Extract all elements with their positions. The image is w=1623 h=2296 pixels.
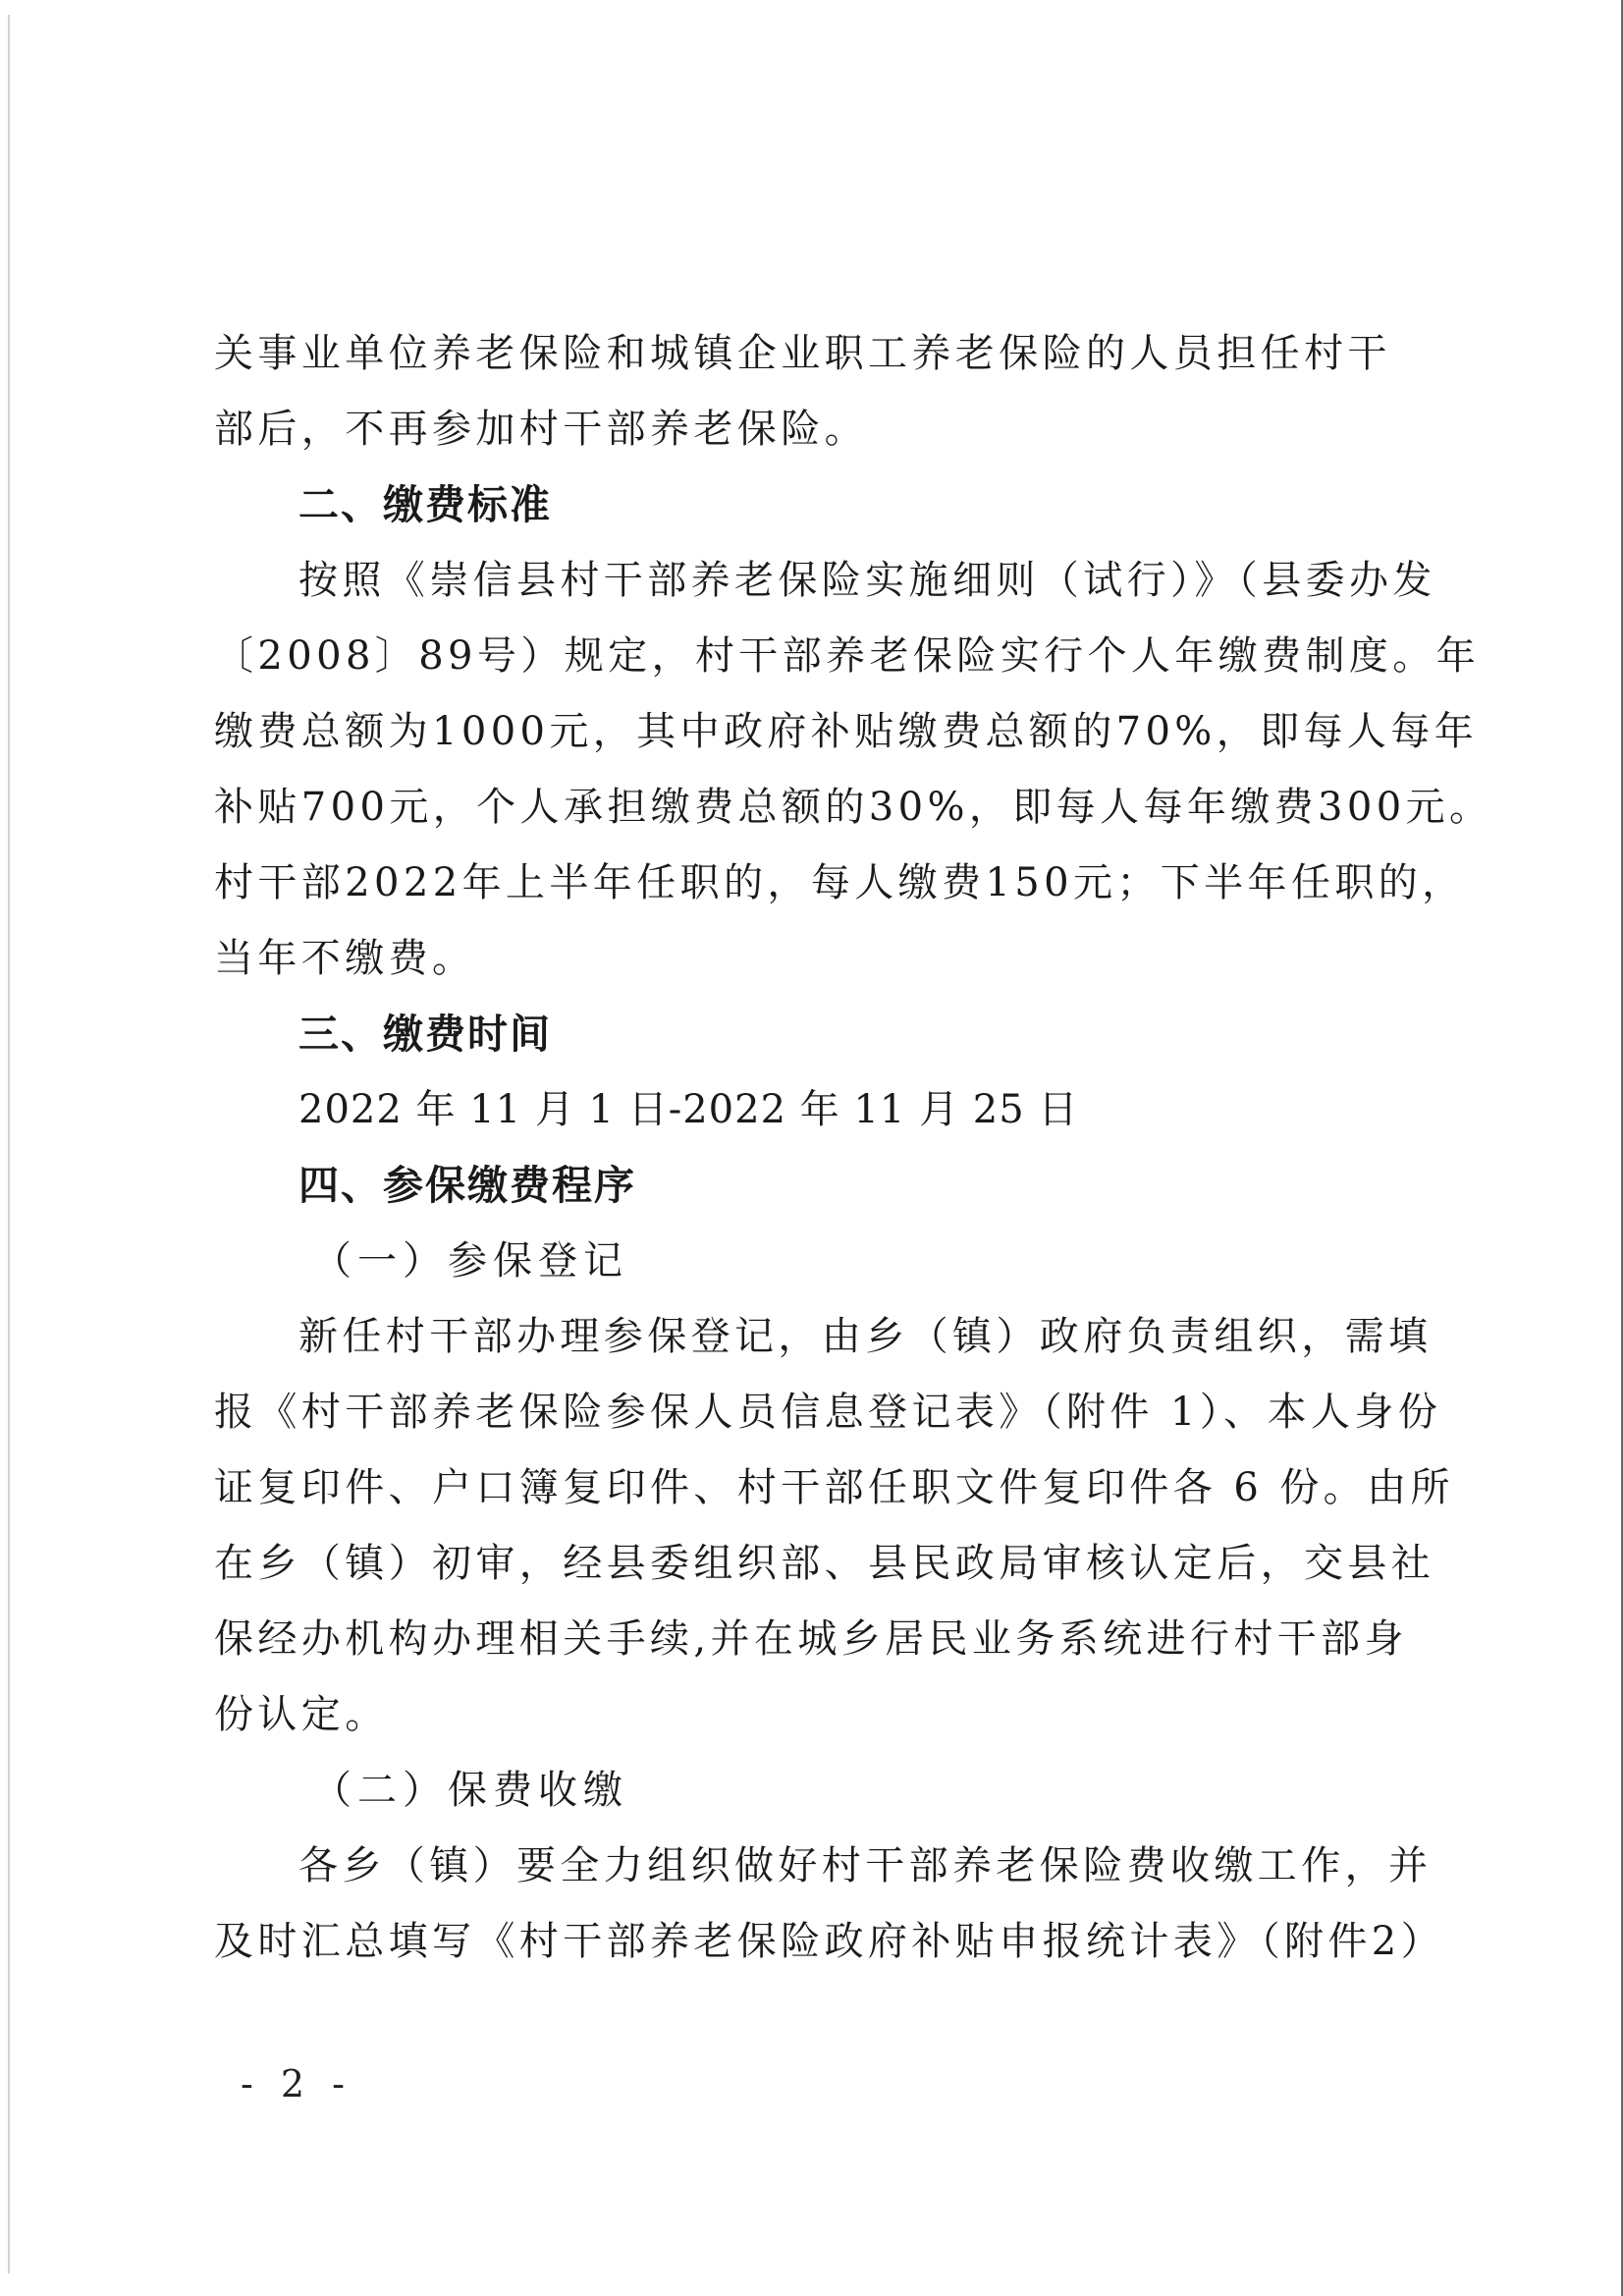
body-line: 保经办机构办理相关手续,并在城乡居民业务系统进行村干部身 <box>214 1602 1414 1677</box>
body-line: 在乡（镇）初审，经县委组织部、县民政局审核认定后，交县社 <box>214 1526 1414 1602</box>
subsection-heading-1: （一）参保登记 <box>214 1224 1414 1299</box>
body-line: 证复印件、户口簿复印件、村干部任职文件复印件各 6 份。由所 <box>214 1450 1414 1526</box>
payment-period: 2022 年 11 月 1 日-2022 年 11 月 25 日 <box>214 1072 1414 1148</box>
body-line: 〔2008〕89号）规定，村干部养老保险实行个人年缴费制度。年 <box>214 619 1414 694</box>
page-number: - 2 - <box>241 2062 352 2105</box>
body-line: 当年不缴费。 <box>214 921 1414 997</box>
body-line: 缴费总额为1000元，其中政府补贴缴费总额的70%，即每人每年 <box>214 694 1414 770</box>
section-heading-4: 四、参保缴费程序 <box>214 1148 1414 1224</box>
section-heading-2: 二、缴费标准 <box>214 467 1414 543</box>
body-line: 关事业单位养老保险和城镇企业职工养老保险的人员担任村干 <box>214 316 1414 392</box>
body-line: 村干部2022年上半年任职的，每人缴费150元；下半年任职的， <box>214 846 1414 921</box>
subsection-heading-2: （二）保费收缴 <box>214 1753 1414 1829</box>
document-page: 关事业单位养老保险和城镇企业职工养老保险的人员担任村干 部后，不再参加村干部养老… <box>214 316 1414 1980</box>
body-line: 新任村干部办理参保登记，由乡（镇）政府负责组织，需填 <box>214 1299 1414 1375</box>
body-line: 补贴700元，个人承担缴费总额的30%，即每人每年缴费300元。 <box>214 770 1414 846</box>
body-line: 份认定。 <box>214 1677 1414 1753</box>
scan-edge-left <box>8 15 10 2273</box>
section-heading-3: 三、缴费时间 <box>214 997 1414 1072</box>
body-line: 按照《崇信县村干部养老保险实施细则（试行）》（县委办发 <box>214 543 1414 619</box>
body-line: 及时汇总填写《村干部养老保险政府补贴申报统计表》（附件2） <box>214 1904 1414 1980</box>
body-line: 各乡（镇）要全力组织做好村干部养老保险费收缴工作，并 <box>214 1829 1414 1904</box>
body-line: 部后，不再参加村干部养老保险。 <box>214 392 1414 467</box>
body-line: 报《村干部养老保险参保人员信息登记表》（附件 1）、本人身份 <box>214 1375 1414 1450</box>
